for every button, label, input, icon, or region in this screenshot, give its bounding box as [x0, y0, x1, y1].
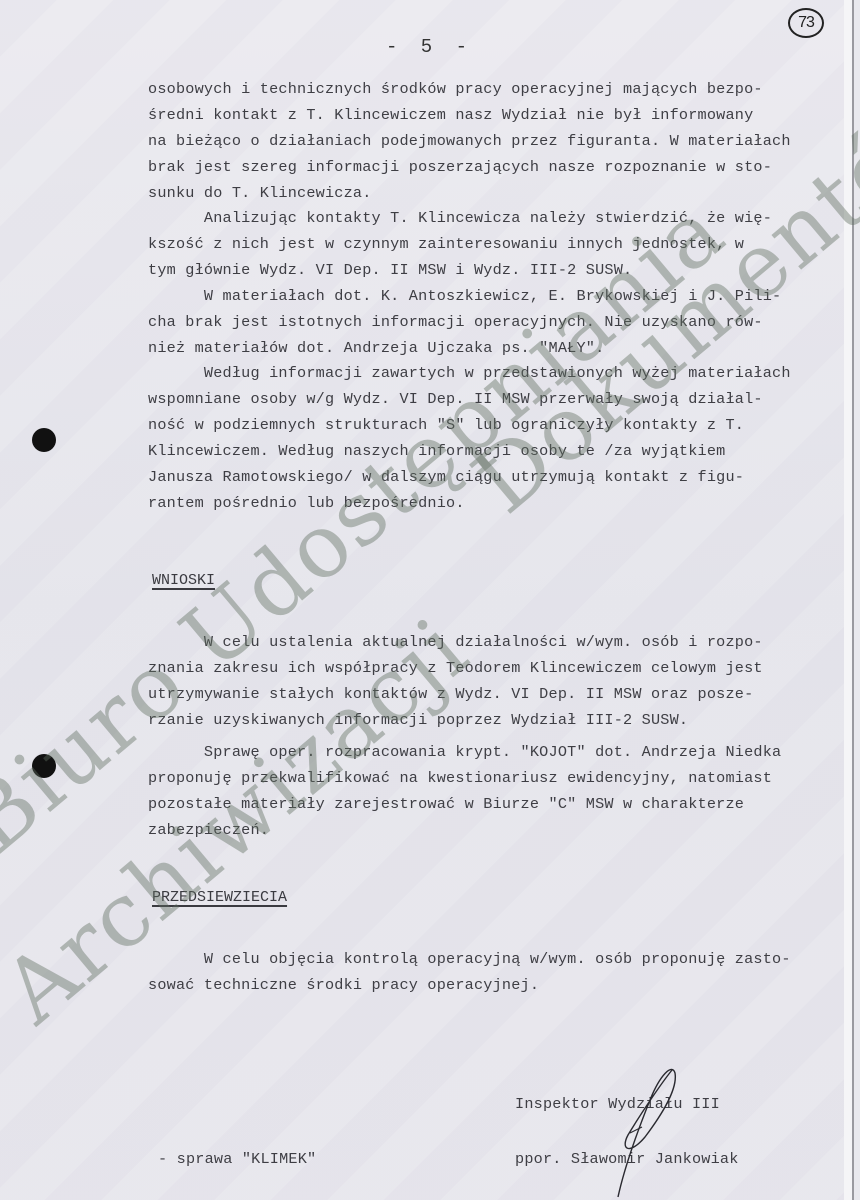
text-line: znania zakresu ich współpracy z Teodorem… — [148, 659, 763, 677]
punch-hole — [32, 754, 56, 778]
text-line: sować techniczne środki pracy operacyjne… — [148, 976, 539, 994]
folio-number: 73 — [788, 8, 824, 38]
text-line: brak jest szereg informacji poszerzający… — [148, 158, 772, 176]
text-line: nież materiałów dot. Andrzeja Ujczaka ps… — [148, 339, 604, 357]
text-line: proponuję przekwalifikować na kwestionar… — [148, 769, 772, 787]
text-line: sunku do T. Klincewicza. — [148, 184, 372, 202]
text-line: Janusza Ramotowskiego/ w dalszym ciągu u… — [148, 468, 744, 486]
heading-conclusions: WNIOSKI — [152, 572, 215, 589]
punch-hole — [32, 428, 56, 452]
text-line: zabezpieczeń. — [148, 821, 269, 839]
text-line: cha brak jest istotnych informacji opera… — [148, 313, 763, 331]
text-line: kszość z nich jest w czynnym zainteresow… — [148, 235, 744, 253]
text-line: rzanie uzyskiwanych informacji poprzez W… — [148, 711, 688, 729]
handwritten-signature — [600, 1065, 690, 1200]
text-line: W celu objęcia kontrolą operacyjną w/wym… — [148, 950, 791, 968]
case-reference: - sprawa "KLIMEK" — [158, 1150, 316, 1168]
text-line: Sprawę oper. rozpracowania krypt. "KOJOT… — [148, 743, 781, 761]
page-number: - 5 - — [386, 36, 473, 58]
text-line: pozostałe materiały zarejestrować w Biur… — [148, 795, 744, 813]
text-line: Klincewiczem. Według naszych informacji … — [148, 442, 725, 460]
heading-measures: PRZEDSIEWZIECIA — [152, 889, 287, 906]
text-line: W celu ustalenia aktualnej działalności … — [148, 633, 763, 651]
page-edge — [844, 0, 852, 1200]
text-line: utrzymywanie stałych kontaktów z Wydz. V… — [148, 685, 753, 703]
text-line: Według informacji zawartych w przedstawi… — [148, 364, 791, 382]
text-line: osobowych i technicznych środków pracy o… — [148, 80, 763, 98]
text-line: na bieżąco o działaniach podejmowanych p… — [148, 132, 791, 150]
text-line: ność w podziemnych strukturach "S" lub o… — [148, 416, 744, 434]
text-line: tym głównie Wydz. VI Dep. II MSW i Wydz.… — [148, 261, 632, 279]
document-page: 73 - 5 - osobowych i technicznych środkó… — [0, 0, 854, 1200]
text-line: wspomniane osoby w/g Wydz. VI Dep. II MS… — [148, 390, 763, 408]
text-line: średni kontakt z T. Klincewiczem nasz Wy… — [148, 106, 753, 124]
text-line: rantem pośrednio lub bezpośrednio. — [148, 494, 465, 512]
text-line: Analizując kontakty T. Klincewicza należ… — [148, 209, 772, 227]
text-line: W materiałach dot. K. Antoszkiewicz, E. … — [148, 287, 781, 305]
